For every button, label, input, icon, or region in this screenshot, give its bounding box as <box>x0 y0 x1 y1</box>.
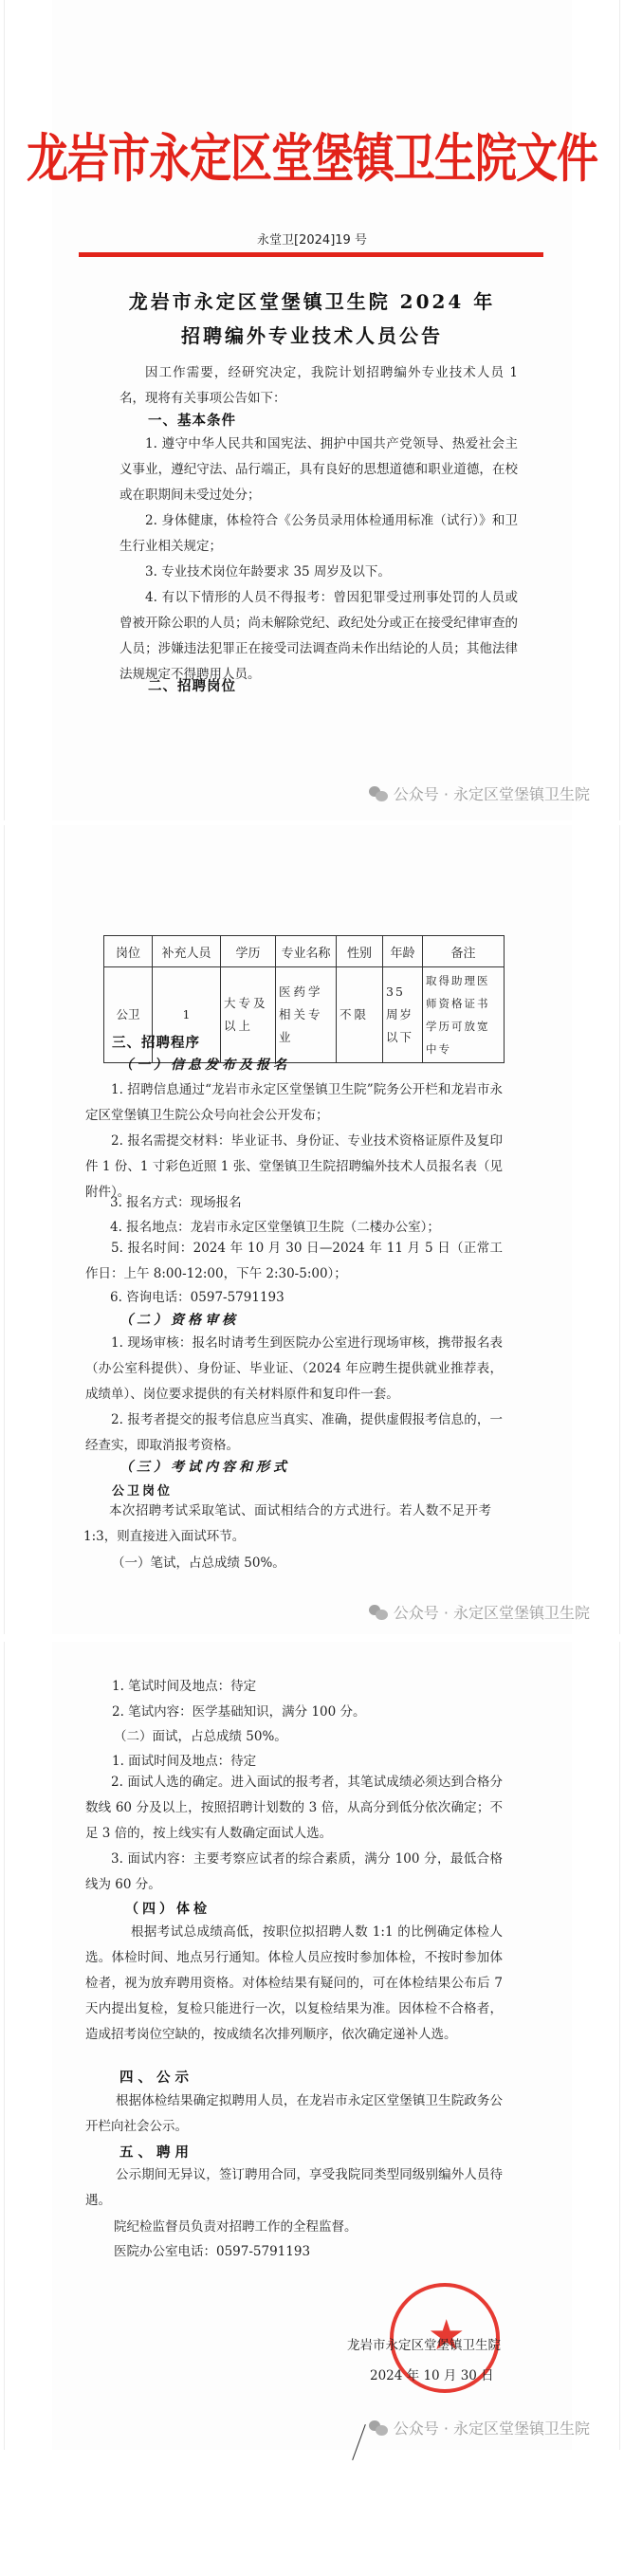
written-item-2: 2. 笔试内容：医学基础知识，满分 100 分。 <box>112 1701 366 1720</box>
cell-major: 医药学相关专业 <box>276 967 337 1063</box>
table-header-row: 岗位 补充人员 学历 专业名称 性别 年龄 备注 <box>104 936 505 967</box>
org-file-title: 龙岩市永定区堂堡镇卫生院文件 <box>0 116 624 192</box>
watermark: 公众号 · 永定区堂堡镇卫生院 <box>369 782 590 804</box>
document-number: 永堂卫[2024]19 号 <box>0 230 624 248</box>
post-heading: 公卫岗位 <box>112 1481 173 1499</box>
written-item-1: 1. 笔试时间及地点：待定 <box>112 1675 256 1694</box>
office-phone: 医院办公室电话：0597-5791193 <box>114 2240 310 2259</box>
sub1-item-6: 6. 咨询电话：0597-5791193 <box>110 1286 284 1305</box>
signature-date: 2024 年 10 月 30 日 <box>370 2364 494 2383</box>
red-divider <box>79 252 543 257</box>
col-header-count: 补充人员 <box>153 936 221 967</box>
section5-heading: 五、聘用 <box>119 2142 193 2162</box>
cell-gender: 不限 <box>337 967 383 1063</box>
col-header-remarks: 备注 <box>423 936 505 967</box>
watermark-text: 公众号 · 永定区堂堡镇卫生院 <box>394 782 590 804</box>
section1-item-3: 3. 专业技术岗位年龄要求 35 周岁及以下。 <box>119 560 518 585</box>
section3-sub1-heading: （一）信息发布及报名 <box>119 1055 290 1074</box>
interview-item-1: 1. 面试时间及地点：待定 <box>112 1750 256 1769</box>
section4-text: 根据体检结果确定拟聘用人员，在龙岩市永定区堂堡镇卫生院政务公开栏向社会公示。 <box>85 2088 503 2140</box>
section5-item-1: 公示期间无异议，签订聘用合同，享受我院同类型同级别编外人员待遇。 <box>85 2162 503 2214</box>
interview-item-3: 3. 面试内容：主要考察应试者的综合素质，满分 100 分，最低合格线为 60 … <box>85 1847 503 1898</box>
section5-item-2: 院纪检监督员负责对招聘工作的全程监督。 <box>114 2216 358 2235</box>
watermark-text: 公众号 · 永定区堂堡镇卫生院 <box>394 2417 590 2438</box>
sub1-item-1: 1. 招聘信息通过“龙岩市永定区堂堡镇卫生院”院务公开栏和龙岩市永定区堂堡镇卫生… <box>85 1077 503 1129</box>
section2-heading: 二、招聘岗位 <box>148 675 236 695</box>
col-header-post: 岗位 <box>104 936 153 967</box>
section1-item-4: 4. 有以下情形的人员不得报考：曾因犯罪受过刑事处罚的人员或曾被开除公职的人员；… <box>119 585 518 688</box>
exam-intro: 本次招聘考试采取笔试、面试相结合的方式进行。若人数不足开考 1:3，则直接进入面… <box>83 1499 491 1550</box>
section3-heading: 三、招聘程序 <box>112 1032 200 1052</box>
cell-education: 大专及以上 <box>221 967 276 1063</box>
watermark: 公众号 · 永定区堂堡镇卫生院 <box>369 1601 590 1623</box>
section1-heading: 一、基本条件 <box>148 410 236 430</box>
written-exam-heading: （一）笔试，占总成绩 50%。 <box>112 1552 285 1571</box>
wechat-icon <box>369 2420 388 2436</box>
section4-heading: 四、公示 <box>119 2067 193 2087</box>
watermark-text: 公众号 · 永定区堂堡镇卫生院 <box>394 1601 590 1623</box>
interview-heading: （二）面试，占总成绩 50%。 <box>114 1725 287 1744</box>
signature-org: 龙岩市永定区堂堡镇卫生院 <box>347 2334 501 2353</box>
section3-sub3-heading: （三）考试内容和形式 <box>119 1457 290 1476</box>
sub1-item-5: 5. 报名时间：2024 年 10 月 30 日—2024 年 11 月 5 日… <box>85 1236 503 1287</box>
col-header-gender: 性别 <box>337 936 383 967</box>
intro-paragraph: 因工作需要，经研究决定，我院计划招聘编外专业技术人员 1 名，现将有关事项公告如… <box>119 360 518 412</box>
sub1-item-4: 4. 报名地点：龙岩市永定区堂堡镇卫生院（二楼办公室）； <box>110 1216 440 1235</box>
sub2-item-1: 1. 现场审核：报名时请考生到医院办公室进行现场审核，携带报名表（办公室科提供）… <box>85 1331 503 1408</box>
section1-item-1: 1. 遵守中华人民共和国宪法、拥护中国共产党领导、热爱社会主义事业，遵纪守法、品… <box>119 432 518 508</box>
section3-sub4-heading: （四）体检 <box>125 1899 211 1918</box>
announcement-title-line2: 招聘编外专业技术人员公告 <box>0 321 624 348</box>
col-header-major: 专业名称 <box>276 936 337 967</box>
watermark: 公众号 · 永定区堂堡镇卫生院 <box>369 2417 590 2438</box>
announcement-title-line1: 龙岩市永定区堂堡镇卫生院 2024 年 <box>0 286 624 314</box>
section3-sub2-heading: （二）资格审核 <box>119 1310 239 1329</box>
col-header-education: 学历 <box>221 936 276 967</box>
interview-item-2: 2. 面试人选的确定。进入面试的报考者，其笔试成绩必须达到合格分数线 60 分及… <box>85 1770 503 1847</box>
physical-exam-text: 根据考试总成绩高低，按职位拟招聘人数 1:1 的比例确定体检人选。体检时间、地点… <box>85 1920 503 2048</box>
col-header-age: 年龄 <box>383 936 423 967</box>
section1-item-2: 2. 身体健康，体检符合《公务员录用体检通用标准（试行）》和卫生行业相关规定； <box>119 508 518 560</box>
cell-remarks: 取得助理医师资格证书学历可放宽中专 <box>423 967 505 1063</box>
cell-age: 35 周岁以下 <box>383 967 423 1063</box>
wechat-icon <box>369 786 388 801</box>
sub1-item-3: 3. 报名方式：现场报名 <box>110 1191 242 1210</box>
sub2-item-2: 2. 报考者提交的报考信息应当真实、准确，提供虚假报考信息的，一经查实，即取消报… <box>85 1408 503 1459</box>
wechat-icon <box>369 1605 388 1620</box>
